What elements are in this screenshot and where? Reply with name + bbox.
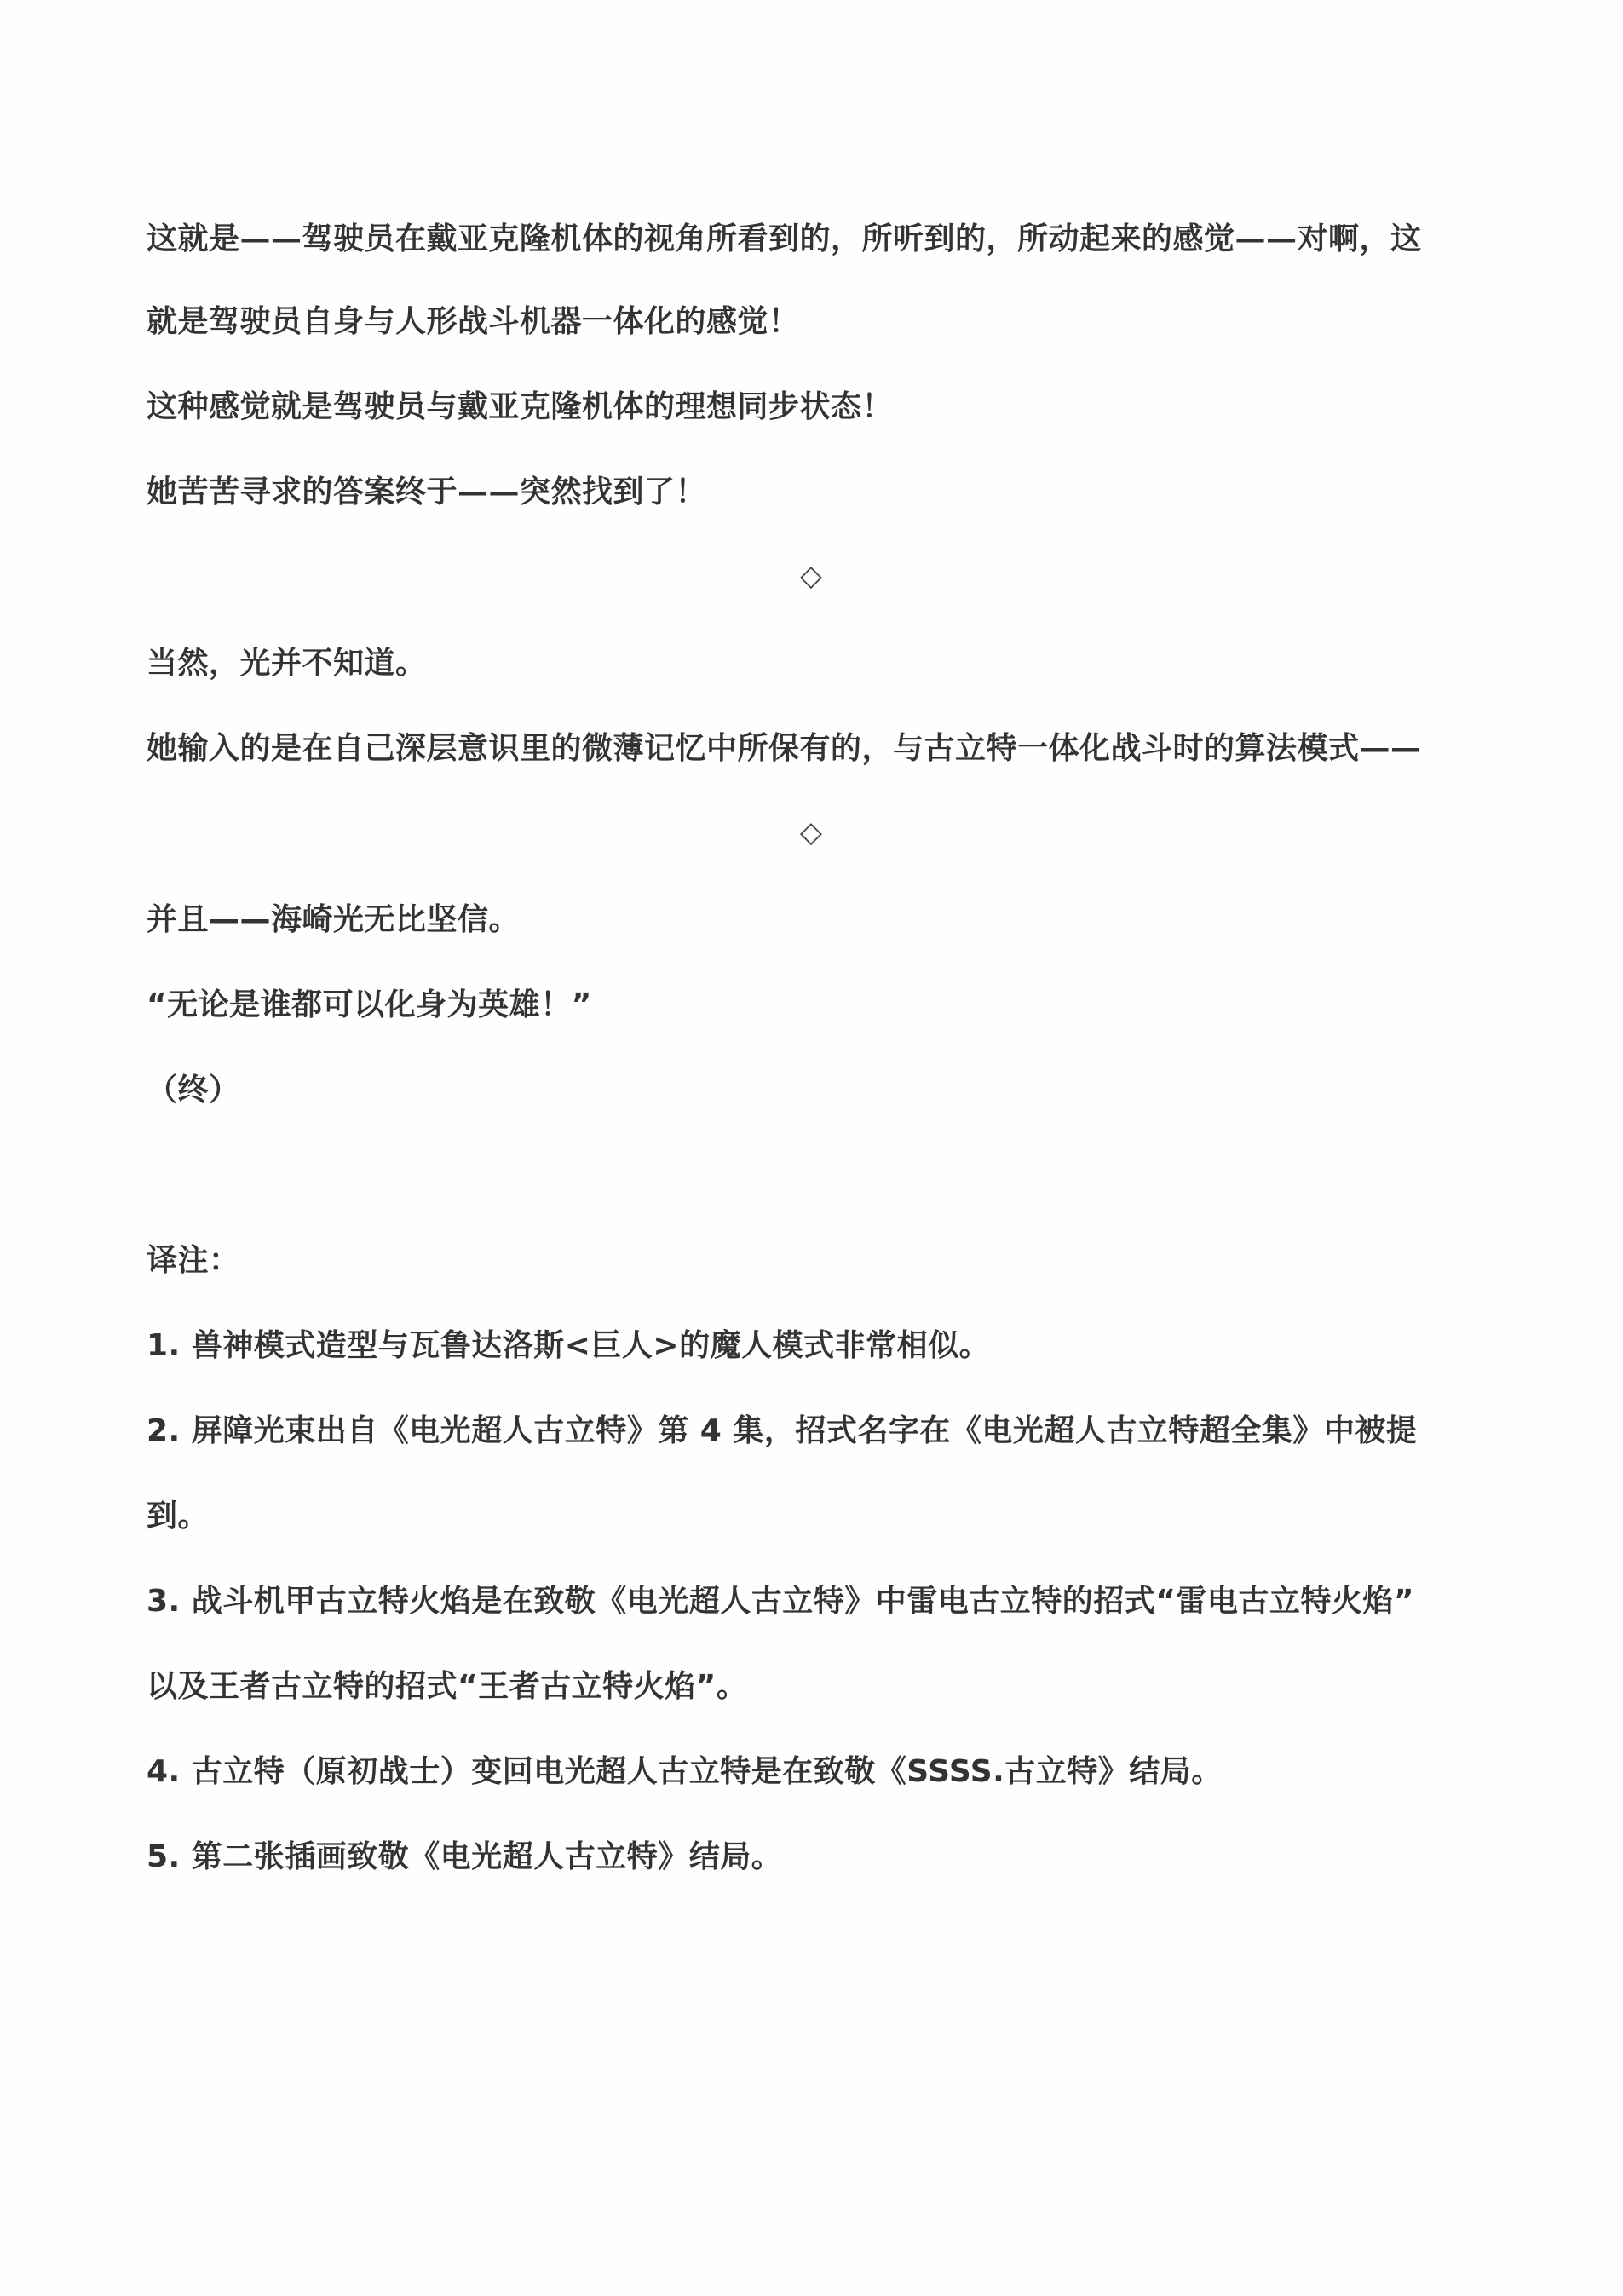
note-item: 3. 战斗机甲古立特火焰是在致敬《电光超人古立特》中雷电古立特的招式“雷电古立特… (147, 1581, 1414, 1622)
section-separator-diamond-icon: ◇ (147, 555, 1476, 596)
quote-line: “无论是谁都可以化身为英雄！” (147, 985, 592, 1026)
note-item: 1. 兽神模式造型与瓦鲁达洛斯<巨人>的魔人模式非常相似。 (147, 1326, 990, 1367)
body-text-line: 当然，光并不知道。 (147, 643, 427, 684)
section-separator-diamond-icon: ◇ (147, 812, 1476, 853)
body-text-line: 她苦苦寻求的答案终于——突然找到了！ (147, 472, 706, 513)
body-text-line: 这就是——驾驶员在戴亚克隆机体的视角所看到的，所听到的，所动起来的感觉——对啊，… (147, 219, 1422, 260)
note-item-continuation: 到。 (147, 1496, 209, 1537)
note-item-continuation: 以及王者古立特的招式“王者古立特火焰”。 (147, 1666, 747, 1707)
body-text-line: 这种感觉就是驾驶员与戴亚克隆机体的理想同步状态！ (147, 387, 893, 428)
note-item: 5. 第二张插画致敬《电光超人古立特》结局。 (147, 1837, 782, 1878)
end-mark: （终） (147, 1070, 240, 1111)
note-item: 4. 古立特（原初战士）变回电光超人古立特是在致敬《SSSS.古立特》结局。 (147, 1752, 1223, 1792)
note-item: 2. 屏障光束出自《电光超人古立特》第 4 集，招式名字在《电光超人古立特超全集… (147, 1411, 1417, 1452)
body-text-line: 她输入的是在自己深层意识里的微薄记忆中所保有的，与古立特一体化战斗时的算法模式—… (147, 728, 1422, 769)
body-text-line: 并且——海崎光无比坚信。 (147, 900, 520, 941)
notes-heading: 译注： (147, 1240, 240, 1281)
body-text-line: 就是驾驶员自身与人形战斗机器一体化的感觉！ (147, 302, 800, 342)
